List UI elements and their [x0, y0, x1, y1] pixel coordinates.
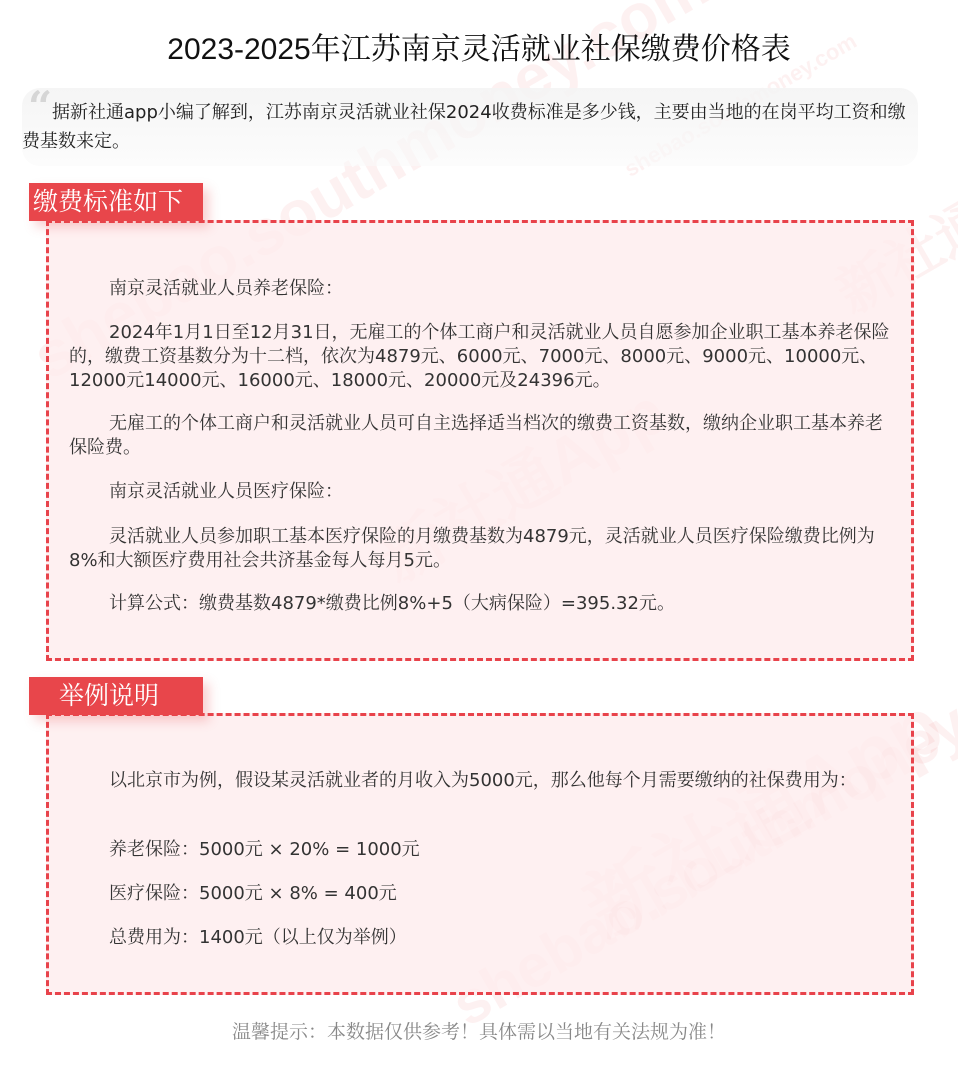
- paragraph-total: 总费用为：1400元（以上仅为举例）: [69, 926, 899, 950]
- paragraph-example-intro: 以北京市为例，假设某灵活就业者的月收入为5000元，那么他每个月需要缴纳的社保费…: [69, 769, 899, 793]
- paragraph-formula: 计算公式：缴费基数4879*缴费比例8%+5（大病保险）=395.32元。: [69, 592, 899, 616]
- page-title: 2023-2025年江苏南京灵活就业社保缴费价格表: [0, 24, 958, 68]
- standard-box: 南京灵活就业人员养老保险： 2024年1月1日至12月31日，无雇工的个体工商户…: [46, 220, 914, 661]
- paragraph-medical-calc: 医疗保险：5000元 × 8% = 400元: [69, 882, 899, 906]
- paragraph-pension-heading: 南京灵活就业人员养老保险：: [69, 277, 899, 301]
- section-label-text: 举例说明: [29, 677, 203, 715]
- intro-text: 据新社通app小编了解到，江苏南京灵活就业社保2024收费标准是多少钱，主要由当…: [22, 98, 912, 156]
- section-label-text: 缴费标准如下: [29, 183, 203, 221]
- paragraph-medical-rate: 灵活就业人员参加职工基本医疗保险的月缴费基数为4879元，灵活就业人员医疗保险缴…: [69, 525, 899, 573]
- paragraph-medical-heading: 南京灵活就业人员医疗保险：: [69, 480, 899, 504]
- section-label-standard: 缴费标准如下: [29, 183, 203, 221]
- intro-bubble: “ 据新社通app小编了解到，江苏南京灵活就业社保2024收费标准是多少钱，主要…: [22, 88, 918, 166]
- footer-notice: 温馨提示：本数据仅供参考！具体需以当地有关法规为准！: [0, 1017, 958, 1044]
- section-label-example: 举例说明: [29, 677, 203, 715]
- paragraph-pension-choice: 无雇工的个体工商户和灵活就业人员可自主选择适当档次的缴费工资基数，缴纳企业职工基…: [69, 412, 899, 460]
- paragraph-pension-calc: 养老保险：5000元 × 20% = 1000元: [69, 838, 899, 862]
- example-box: 以北京市为例，假设某灵活就业者的月收入为5000元，那么他每个月需要缴纳的社保费…: [46, 713, 914, 995]
- paragraph-pension-tiers: 2024年1月1日至12月31日，无雇工的个体工商户和灵活就业人员自愿参加企业职…: [69, 321, 899, 393]
